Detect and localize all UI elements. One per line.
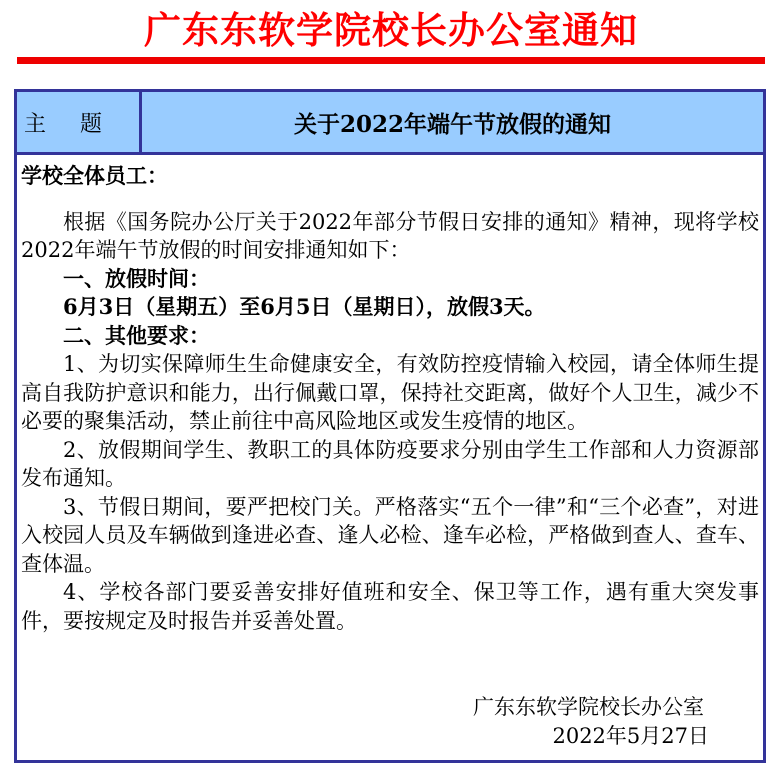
- page-title: 广东东软学院校长办公室通知: [0, 9, 782, 53]
- requirement-item-4: 4、学校各部门要妥善安排好值班和安全、保卫等工作，遇有重大突发事件，要按规定及时…: [21, 578, 759, 635]
- body-row: 学校全体员工： 根据《国务院办公厅关于2022年部分节假日安排的通知》精神，现将…: [16, 154, 765, 762]
- subject-title: 关于2022年端午节放假的通知: [141, 91, 765, 154]
- notice-table: 主 题 关于2022年端午节放假的通知 学校全体员工： 根据《国务院办公厅关于2…: [14, 89, 766, 763]
- notice-body: 学校全体员工： 根据《国务院办公厅关于2022年部分节假日安排的通知》精神，现将…: [16, 154, 765, 762]
- requirement-item-3: 3、节假日期间，要严把校门关。严格落实“五个一律”和“三个必查”，对进入校园人员…: [21, 493, 759, 579]
- subject-label: 主 题: [16, 91, 141, 154]
- salutation: 学校全体员工：: [21, 162, 759, 191]
- section2-heading: 二、其他要求：: [21, 322, 759, 351]
- section1-heading: 一、放假时间：: [21, 265, 759, 294]
- signature-office: 广东东软学院校长办公室: [21, 693, 759, 722]
- intro-paragraph: 根据《国务院办公厅关于2022年部分节假日安排的通知》精神，现将学校2022年端…: [21, 208, 759, 265]
- signature-date: 2022年5月27日: [21, 722, 759, 751]
- requirement-item-1: 1、为切实保障师生生命健康安全，有效防控疫情输入校园，请全体师生提高自我防护意识…: [21, 350, 759, 436]
- requirement-item-2: 2、放假期间学生、教职工的具体防疫要求分别由学生工作部和人力资源部发布通知。: [21, 436, 759, 493]
- notice-page: 广东东软学院校长办公室通知 主 题 关于2022年端午节放假的通知 学校全体员工…: [0, 0, 782, 771]
- section1-content: 6月3日（星期五）至6月5日（星期日），放假3天。: [21, 293, 759, 322]
- subject-row: 主 题 关于2022年端午节放假的通知: [16, 91, 765, 154]
- title-divider-rule: [17, 57, 765, 64]
